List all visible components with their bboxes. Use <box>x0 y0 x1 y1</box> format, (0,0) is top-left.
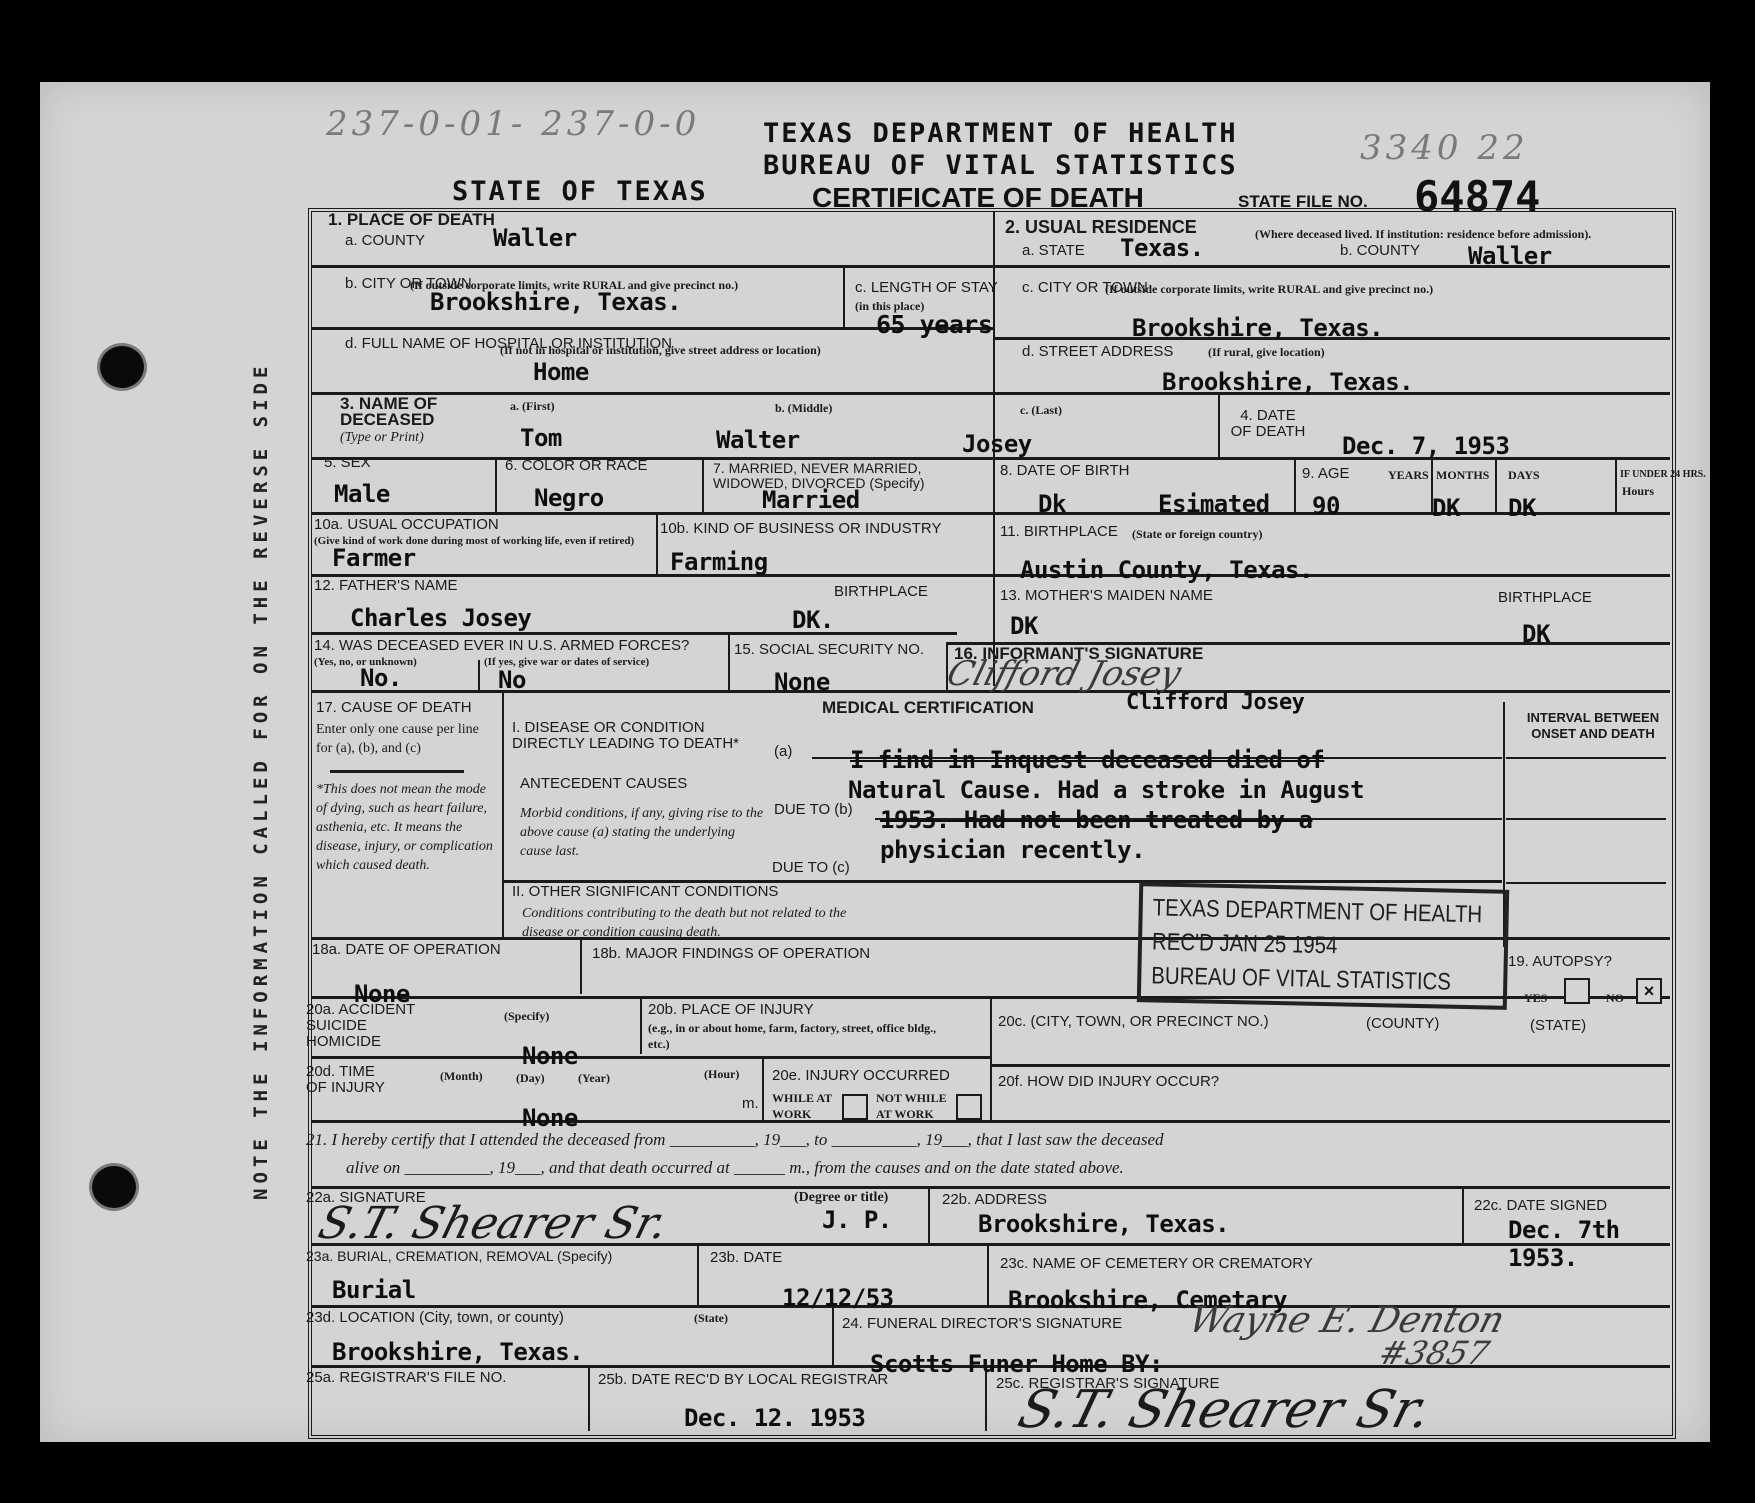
rule <box>580 939 582 994</box>
autopsy-label: 19. AUTOPSY? <box>1508 954 1612 970</box>
autopsy-no-label: NO <box>1606 990 1624 1006</box>
rule <box>312 1056 990 1059</box>
race-value: Negro <box>534 484 604 512</box>
injury-m-label: m. <box>742 1096 759 1112</box>
hospital-value: Home <box>533 358 589 386</box>
attendance-certification-line-2: alive on __________, 19___, and that dea… <box>346 1158 1124 1177</box>
header-department: TEXAS DEPARTMENT OF HEALTH <box>763 118 1238 149</box>
residence-city-value: Brookshire, Texas. <box>1132 314 1383 342</box>
rule <box>762 1058 764 1120</box>
rule <box>312 512 1670 515</box>
war-service-value: No <box>498 666 526 694</box>
stamp-line-3: BUREAU OF VITAL STATISTICS <box>1151 962 1451 996</box>
cause-instructions: Enter only one cause per line for (a), (… <box>316 720 496 758</box>
cause-line-4: physician recently. <box>880 836 1145 864</box>
sex-label: 5. SEX <box>324 455 371 471</box>
date-signed-label: 22c. DATE SIGNED <box>1474 1198 1607 1214</box>
occupation-value: Farmer <box>332 544 416 572</box>
rule <box>478 660 480 690</box>
reverse-side-note: NOTE THE INFORMATION CALLED FOR ON THE R… <box>250 362 272 1200</box>
certifier-address-value: Brookshire, Texas. <box>978 1210 1229 1238</box>
rule <box>312 265 993 268</box>
rule <box>656 514 658 574</box>
punch-hole-top <box>100 346 144 388</box>
cause-line-2: Natural Cause. Had a stroke in August <box>848 776 1364 804</box>
disease-label: I. DISEASE OR CONDITION DIRECTLY LEADING… <box>512 720 772 752</box>
not-while-at-work-label: NOT WHILE AT WORK <box>876 1090 958 1122</box>
date-of-birth-note: Esimated <box>1158 490 1270 518</box>
rule <box>1506 818 1666 820</box>
hours-label: Hours <box>1622 483 1654 499</box>
race-label: 6. COLOR OR RACE <box>505 458 648 474</box>
rule <box>1506 882 1666 884</box>
age-years-value: 90 <box>1312 492 1340 520</box>
middle-name-value: Walter <box>716 426 800 454</box>
due-to-c-label: DUE TO (c) <box>772 860 850 876</box>
registrar-signature: S.T. Shearer Sr. <box>1012 1380 1438 1440</box>
burial-location-state-label: (State) <box>694 1310 728 1326</box>
rule <box>728 634 730 690</box>
informant-typed-name: Clifford Josey <box>1126 690 1304 715</box>
hospital-hint: (If not in hospital or institution, give… <box>500 342 821 358</box>
date-of-death-value: Dec. 7, 1953 <box>1342 432 1509 460</box>
residence-state-label: a. STATE <box>1022 243 1085 259</box>
injury-year-label: (Year) <box>578 1070 610 1086</box>
place-of-death-label: 1. PLACE OF DEATH <box>328 212 495 228</box>
rule <box>697 1245 699 1305</box>
burial-location-label: 23d. LOCATION (City, town, or county) <box>306 1310 564 1326</box>
autopsy-yes-label: YES <box>1524 990 1547 1006</box>
disposition-value: Burial <box>332 1276 416 1304</box>
rule <box>928 1188 930 1243</box>
usual-residence-label: 2. USUAL RESIDENCE <box>1005 219 1197 235</box>
punch-hole-bottom <box>92 1166 136 1208</box>
sex-value: Male <box>334 480 390 508</box>
how-injury-label: 20f. HOW DID INJURY OCCUR? <box>998 1074 1219 1090</box>
stamp-line-2: REC'D JAN 25 1954 <box>1152 928 1338 960</box>
funeral-home-value: Scotts Funer Home BY: <box>870 1350 1163 1378</box>
rule <box>312 1120 1670 1123</box>
burial-location-value: Brookshire, Texas. <box>332 1338 583 1366</box>
residence-county-value: Waller <box>1468 242 1552 270</box>
residence-street-hint: (If rural, give location) <box>1208 344 1325 360</box>
injury-type-label: 20a. ACCIDENT SUICIDE HOMICIDE <box>306 1002 416 1050</box>
rule <box>995 265 1670 268</box>
last-name-value: Josey <box>962 430 1032 458</box>
first-name-label: a. (First) <box>510 398 555 414</box>
degree-value: J. P. <box>822 1206 892 1234</box>
injury-place-hint: (e.g., in or about home, farm, factory, … <box>648 1020 948 1052</box>
burial-date-label: 23b. DATE <box>710 1250 782 1266</box>
other-conditions-label: II. OTHER SIGNIFICANT CONDITIONS <box>512 884 778 900</box>
rule <box>702 459 704 512</box>
rule <box>312 632 957 635</box>
cemetery-label: 23c. NAME OF CEMETERY OR CREMATORY <box>1000 1256 1313 1272</box>
informant-signature: Clifford Josey <box>943 654 1186 694</box>
operation-date-label: 18a. DATE OF OPERATION <box>312 942 501 958</box>
residence-county-label: b. COUNTY <box>1340 243 1420 259</box>
medical-certification-title: MEDICAL CERTIFICATION <box>822 700 1034 716</box>
disposition-label: 23a. BURIAL, CREMATION, REMOVAL (Specify… <box>306 1248 612 1264</box>
injury-month-label: (Month) <box>440 1068 483 1084</box>
header-bureau: BUREAU OF VITAL STATISTICS <box>763 150 1238 181</box>
mother-name-value: DK <box>1010 612 1038 640</box>
age-days-label: DAYS <box>1508 467 1540 483</box>
injury-location-label: 20c. (CITY, TOWN, OR PRECINCT NO.) <box>998 1014 1269 1030</box>
residence-street-label: d. STREET ADDRESS <box>1022 344 1173 360</box>
rule <box>990 1064 1670 1067</box>
rule <box>1294 459 1296 512</box>
autopsy-no-checkbox-checked[interactable]: × <box>1636 978 1662 1004</box>
date-of-death-label: 4. DATE OF DEATH <box>1228 408 1308 440</box>
last-name-label: c. (Last) <box>1020 402 1062 418</box>
date-signed-value-1: Dec. 7th <box>1508 1216 1620 1244</box>
father-name-value: Charles Josey <box>350 604 531 632</box>
injury-county-label: (COUNTY) <box>1366 1016 1439 1032</box>
date-signed-value-2: 1953. <box>1508 1244 1578 1272</box>
funeral-director-number: #3857 <box>1375 1334 1493 1372</box>
while-at-work-label: WHILE AT WORK <box>772 1090 834 1122</box>
antecedent-hint: Morbid conditions, if any, giving rise t… <box>520 804 770 861</box>
length-of-stay-value: 65 years <box>876 310 992 339</box>
stamp-line-1: TEXAS DEPARTMENT OF HEALTH <box>1152 894 1482 929</box>
cause-note: *This does not mean the mode of dying, s… <box>316 780 496 875</box>
armed-forces-label: 14. WAS DECEASED EVER IN U.S. ARMED FORC… <box>314 638 689 654</box>
mother-birthplace-label: BIRTHPLACE <box>1498 590 1592 606</box>
residence-city-hint: (If outside corporate limits, write RURA… <box>1105 281 1433 297</box>
death-county-value: Waller <box>493 224 577 252</box>
funeral-director-label: 24. FUNERAL DIRECTOR'S SIGNATURE <box>842 1316 1122 1332</box>
death-county-label: a. COUNTY <box>345 233 425 249</box>
rule <box>987 1245 989 1305</box>
received-stamp: TEXAS DEPARTMENT OF HEALTH REC'D JAN 25 … <box>1137 882 1509 1010</box>
age-days-value: DK <box>1508 494 1536 522</box>
occupation-label: 10a. USUAL OCCUPATION <box>314 517 499 533</box>
cause-line-1: I find in Inquest deceased died of <box>850 746 1324 774</box>
rule <box>588 1367 590 1431</box>
degree-label: (Degree or title) <box>794 1190 888 1206</box>
residence-state-value: Texas. <box>1120 234 1204 262</box>
not-while-at-work-checkbox[interactable] <box>956 1094 982 1120</box>
rule <box>1506 757 1666 759</box>
social-security-value: None <box>774 668 830 696</box>
autopsy-yes-checkbox[interactable] <box>1564 978 1590 1004</box>
social-security-label: 15. SOCIAL SECURITY NO. <box>734 642 924 658</box>
while-at-work-checkbox[interactable] <box>842 1094 868 1120</box>
residence-street-value: Brookshire, Texas. <box>1162 368 1413 396</box>
injury-state-label: (STATE) <box>1530 1018 1586 1034</box>
rule <box>990 998 992 1120</box>
date-of-birth-value: Dk <box>1038 490 1066 518</box>
date-of-birth-label: 8. DATE OF BIRTH <box>1000 463 1129 479</box>
injury-time-value: None <box>522 1104 578 1132</box>
father-birthplace-value: DK. <box>792 606 834 634</box>
header-state: STATE OF TEXAS <box>452 176 708 207</box>
certifier-address-label: 22b. ADDRESS <box>942 1192 1047 1208</box>
injury-hour-label: (Hour) <box>704 1066 739 1082</box>
mother-birthplace-value: DK <box>1522 620 1550 648</box>
pencil-note-top-right: 3340 22 <box>1360 128 1529 168</box>
mother-name-label: 13. MOTHER'S MAIDEN NAME <box>1000 588 1213 604</box>
length-of-stay-label: c. LENGTH OF STAY <box>855 280 998 296</box>
industry-label: 10b. KIND OF BUSINESS OR INDUSTRY <box>660 521 941 537</box>
attendance-certification-line-1: 21. I hereby certify that I attended the… <box>306 1130 1164 1149</box>
cause-of-death-label: 17. CAUSE OF DEATH <box>316 700 472 716</box>
interval-label: INTERVAL BETWEEN ONSET AND DEATH <box>1518 710 1668 742</box>
death-city-value: Brookshire, Texas. <box>430 288 681 316</box>
rule <box>502 692 504 937</box>
first-name-value: Tom <box>520 424 562 452</box>
rule <box>1495 459 1497 512</box>
father-birthplace-label: BIRTHPLACE <box>834 584 928 600</box>
antecedent-label: ANTECEDENT CAUSES <box>520 776 687 792</box>
injury-place-label: 20b. PLACE OF INJURY <box>648 1002 814 1018</box>
divider <box>330 770 464 773</box>
birthplace-value: Austin County, Texas. <box>1020 556 1313 584</box>
injury-time-label: 20d. TIME OF INJURY <box>306 1064 396 1096</box>
rule <box>1462 1188 1464 1243</box>
middle-name-label: b. (Middle) <box>775 400 832 416</box>
rule <box>312 392 1670 395</box>
birthplace-label: 11. BIRTHPLACE <box>1000 524 1118 540</box>
age-years-label: YEARS <box>1388 467 1429 483</box>
father-name-label: 12. FATHER'S NAME <box>314 578 457 594</box>
operation-findings-label: 18b. MAJOR FINDINGS OF OPERATION <box>592 946 870 962</box>
under-24-hours-label: IF UNDER 24 HRS. <box>1620 467 1706 483</box>
birthplace-hint: (State or foreign country) <box>1132 526 1263 542</box>
registrar-file-no-label: 25a. REGISTRAR'S FILE NO. <box>306 1370 506 1386</box>
armed-forces-value: No. <box>360 664 402 692</box>
usual-residence-hint: (Where deceased lived. If institution: r… <box>1255 226 1655 242</box>
rule <box>312 574 1670 577</box>
rule <box>312 1186 1670 1189</box>
injury-type-specify: (Specify) <box>504 1008 549 1024</box>
certifier-signature: S.T. Shearer Sr. <box>313 1198 673 1249</box>
age-months-label: MONTHS <box>1436 467 1489 483</box>
injury-day-label: (Day) <box>516 1070 545 1086</box>
deceased-name-hint: (Type or Print) <box>340 428 424 447</box>
cause-line-3: 1953. Had not been treated by a <box>880 806 1312 834</box>
line-a-label: (a) <box>774 744 792 760</box>
rule <box>843 265 845 327</box>
rule <box>1218 394 1220 457</box>
rule <box>495 459 497 512</box>
age-months-value: DK <box>1432 494 1460 522</box>
registrar-date-label: 25b. DATE REC'D BY LOCAL REGISTRAR <box>598 1372 888 1388</box>
deceased-name-label: 3. NAME OF DECEASED <box>340 396 460 428</box>
rule <box>1615 459 1617 512</box>
due-to-b-label: DUE TO (b) <box>774 802 853 818</box>
industry-value: Farming <box>670 548 768 576</box>
injury-occurred-label: 20e. INJURY OCCURRED <box>772 1068 950 1084</box>
rule <box>832 1307 834 1365</box>
marital-status-value: Married <box>762 486 860 514</box>
rule <box>640 998 642 1054</box>
registrar-date-value: Dec. 12. 1953 <box>684 1404 865 1432</box>
age-label: 9. AGE <box>1302 466 1350 482</box>
injury-type-value: None <box>522 1042 578 1070</box>
pencil-note-top-left: 237-0-01- 237-0-0 <box>326 104 700 144</box>
other-conditions-hint: Conditions contributing to the death but… <box>522 904 882 942</box>
burial-date-value: 12/12/53 <box>782 1284 894 1312</box>
